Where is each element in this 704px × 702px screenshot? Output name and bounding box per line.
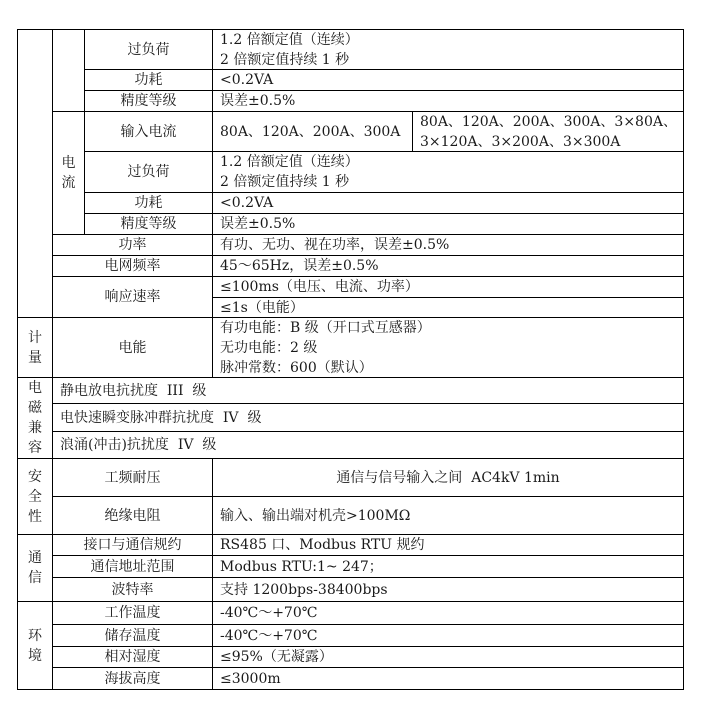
address-value: Modbus RTU:1~ 247； xyxy=(212,555,684,578)
current-power-label: 功耗 xyxy=(84,192,213,214)
voltage-power-value: <0.2VA xyxy=(212,69,684,91)
safety-char-2: 全 xyxy=(28,487,42,507)
protocol-label: 接口与通信规约 xyxy=(52,534,213,556)
current-accuracy-value: 误差±0.5% xyxy=(212,213,684,235)
comm-char-2: 信 xyxy=(28,568,42,588)
energy-line-1: 有功电能：B 级（开口式互感器） xyxy=(220,318,431,338)
current-power-value: <0.2VA xyxy=(212,192,684,214)
current-group-char-2: 流 xyxy=(62,173,76,193)
power-label: 功率 xyxy=(52,234,213,256)
insulation-label: 绝缘电阻 xyxy=(52,496,213,535)
emc-item-eft: 电快速瞬变脉冲群抗扰度 IV 级 xyxy=(52,403,684,432)
environment-char-2: 境 xyxy=(28,646,42,666)
baud-label: 波特率 xyxy=(52,577,213,602)
safety-char-3: 性 xyxy=(28,507,42,527)
energy-value: 有功电能：B 级（开口式互感器） 无功电能：2 级 脉冲常数：600（默认） xyxy=(212,317,684,378)
voltage-overload-line-2: 2 倍额定值持续 1 秒 xyxy=(220,50,349,70)
current-overload-line-1: 1.2 倍额定值（连续） xyxy=(220,152,359,172)
emc-group-label: 电 磁 兼 容 xyxy=(17,377,53,459)
altitude-label: 海拔高度 xyxy=(52,667,213,690)
humidity-label: 相对湿度 xyxy=(52,646,213,668)
humidity-value: ≤95%（无凝露） xyxy=(212,646,684,668)
response-value-1: ≤100ms（电压、电流、功率） xyxy=(212,276,684,298)
storage-temp-value: -40℃～+70℃ xyxy=(212,624,684,647)
emc-item-surge: 浪涌(冲击)抗扰度 IV 级 xyxy=(52,431,684,459)
current-group-label: 电 流 xyxy=(52,111,85,235)
comm-char-1: 通 xyxy=(28,548,42,568)
group-measure-cell xyxy=(17,29,53,318)
environment-group-label: 环 境 xyxy=(17,601,53,690)
emc-item-esd: 静电放电抗扰度 III 级 xyxy=(52,377,684,404)
environment-char-1: 环 xyxy=(28,626,42,646)
voltage-power-label: 功耗 xyxy=(84,69,213,91)
response-label: 响应速率 xyxy=(52,276,213,318)
energy-line-2: 无功电能：2 级 xyxy=(220,338,317,358)
input-current-value-b: 80A、120A、200A、300A、3×80A、 3×120A、3×200A、… xyxy=(412,111,684,152)
voltage-overload-line-1: 1.2 倍额定值（连续） xyxy=(220,30,359,50)
input-current-b-line-2: 3×120A、3×200A、3×300A xyxy=(420,132,620,152)
input-current-b-line-1: 80A、120A、200A、300A、3×80A、 xyxy=(420,112,677,132)
input-current-label: 输入电流 xyxy=(84,111,213,152)
emc-char-1: 电 xyxy=(28,378,42,398)
metering-char-2: 量 xyxy=(28,348,42,368)
emc-char-4: 容 xyxy=(28,438,42,458)
voltage-overload-label: 过负荷 xyxy=(84,29,213,70)
storage-temp-label: 储存温度 xyxy=(52,624,213,647)
power-value: 有功、无功、视在功率，误差±0.5% xyxy=(212,234,684,256)
current-overload-line-2: 2 倍额定值持续 1 秒 xyxy=(220,172,349,192)
current-accuracy-label: 精度等级 xyxy=(84,213,213,235)
metering-char-1: 计 xyxy=(28,328,42,348)
address-label: 通信地址范围 xyxy=(52,555,213,578)
voltage-accuracy-value: 误差±0.5% xyxy=(212,90,684,112)
subgroup-voltage-cell xyxy=(52,29,85,112)
current-overload-label: 过负荷 xyxy=(84,151,213,193)
withstand-label: 工频耐压 xyxy=(52,458,213,497)
comm-group-label: 通 信 xyxy=(17,534,53,602)
safety-char-1: 安 xyxy=(28,467,42,487)
altitude-value: ≤3000m xyxy=(212,667,684,690)
insulation-value: 输入、输出端对机壳>100MΩ xyxy=(212,496,684,535)
work-temp-label: 工作温度 xyxy=(52,601,213,625)
energy-line-3: 脉冲常数：600（默认） xyxy=(220,358,373,378)
frequency-label: 电网频率 xyxy=(52,255,213,277)
energy-label: 电能 xyxy=(52,317,213,378)
emc-char-2: 磁 xyxy=(28,398,42,418)
emc-char-3: 兼 xyxy=(28,418,42,438)
current-group-char-1: 电 xyxy=(62,153,76,173)
withstand-value: 通信与信号输入之间 AC4kV 1min xyxy=(212,458,684,497)
work-temp-value: -40℃～+70℃ xyxy=(212,601,684,625)
baud-value: 支持 1200bps-38400bps xyxy=(212,577,684,602)
voltage-overload-value: 1.2 倍额定值（连续） 2 倍额定值持续 1 秒 xyxy=(212,29,684,70)
frequency-value: 45～65Hz，误差±0.5% xyxy=(212,255,684,277)
input-current-value-a: 80A、120A、200A、300A xyxy=(212,111,413,152)
protocol-value: RS485 口、Modbus RTU 规约 xyxy=(212,534,684,556)
voltage-accuracy-label: 精度等级 xyxy=(84,90,213,112)
current-overload-value: 1.2 倍额定值（连续） 2 倍额定值持续 1 秒 xyxy=(212,151,684,193)
response-value-2: ≤1s（电能） xyxy=(212,297,684,318)
metering-group-label: 计 量 xyxy=(17,317,53,378)
safety-group-label: 安 全 性 xyxy=(17,458,53,535)
